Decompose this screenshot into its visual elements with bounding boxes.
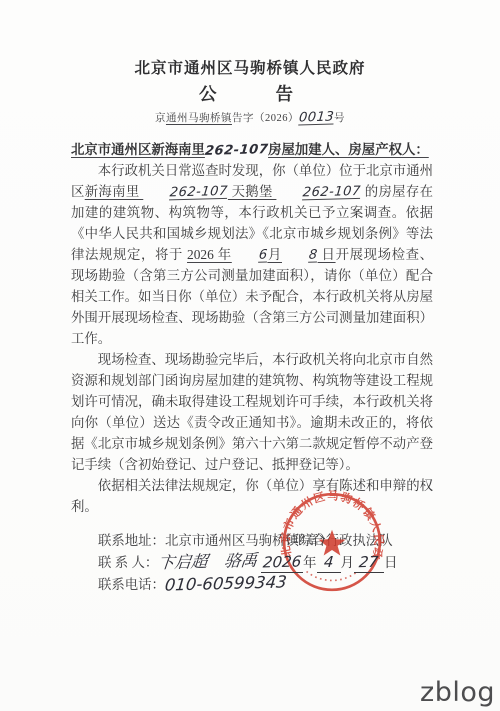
zblog-watermark: zblog (420, 677, 495, 708)
stamp-placeholder-note: （印章） (279, 530, 333, 548)
contact-address-label: 联系地址： (98, 533, 165, 548)
recipient-line: 北京市通州区新海南里262-107房屋加建人、房屋产权人： (71, 139, 433, 160)
docno-handwritten-number: 0013 (298, 111, 334, 125)
date-month-handwritten: 4 (323, 555, 334, 570)
contact-person-handwritten: 卞启超 骆禹 (157, 553, 258, 572)
p1-handwritten-number-1: 262-107 (143, 185, 229, 200)
contact-phone-label: 联系电话： (98, 577, 165, 592)
paragraph-inspection: 本行政机关日常巡查时发现，你（单位）位于北京市通州区新海南里 262-107 天… (71, 160, 433, 349)
p1-address-mid: 天鹅堡 (228, 184, 277, 199)
p1-handwritten-number-2: 262-107 (276, 185, 362, 200)
docno-suffix: 号 (334, 113, 345, 124)
p1-handwritten-month: 6 (231, 249, 268, 263)
date-month-label: 月 (341, 555, 355, 570)
docno-mid: 告字（2026） (232, 113, 299, 124)
recipient-pre: 北京市通州区新海南里 (71, 142, 205, 157)
date-year-handwritten: 2026 (262, 555, 302, 571)
recipient-handwritten-number: 262-107 (204, 143, 269, 158)
p1-address-pre: 新海南里 (85, 184, 144, 199)
date-day-blank: 27 (354, 555, 384, 573)
notice-document-page: 北京市通州区马驹桥镇人民政府 公 告 京通州马驹桥镇告字（2026）0013号 … (0, 0, 500, 711)
notice-title: 公 告 (0, 81, 500, 106)
contact-person-label: 联 系 人： (98, 555, 158, 570)
date-day-handwritten: 27 (359, 555, 380, 570)
p1-handwritten-day: 8 (281, 249, 318, 263)
date-year-label: 年 (303, 555, 317, 570)
date-year-blank: 2026 (261, 555, 303, 573)
issuing-authority: 北京市通州区马驹桥镇人民政府 (0, 56, 500, 78)
contact-phone-handwritten: 010-60599343 (164, 574, 287, 594)
paragraph-planning-permit: 现场检查、现场勘验完毕后，本行政机关将向北京市自然资源和规划部门函询房屋加建的建… (71, 349, 433, 475)
date-month-blank: 4 (317, 555, 341, 573)
recipient-post: 房屋加建人、房屋产权人： (268, 142, 429, 157)
p1-date-day-label: 日 (318, 247, 336, 262)
document-number: 京通州马驹桥镇告字（2026）0013号 (0, 110, 500, 125)
docno-underlined: 通州马驹桥镇 (166, 113, 232, 124)
docno-pre: 京 (155, 113, 166, 124)
p1-date-month-label: 月 (267, 247, 282, 262)
date-day-label: 日 (384, 555, 398, 570)
p1-date-year: 2026 年 (187, 247, 232, 262)
signature-date: 2026年4月27日 (261, 551, 398, 573)
